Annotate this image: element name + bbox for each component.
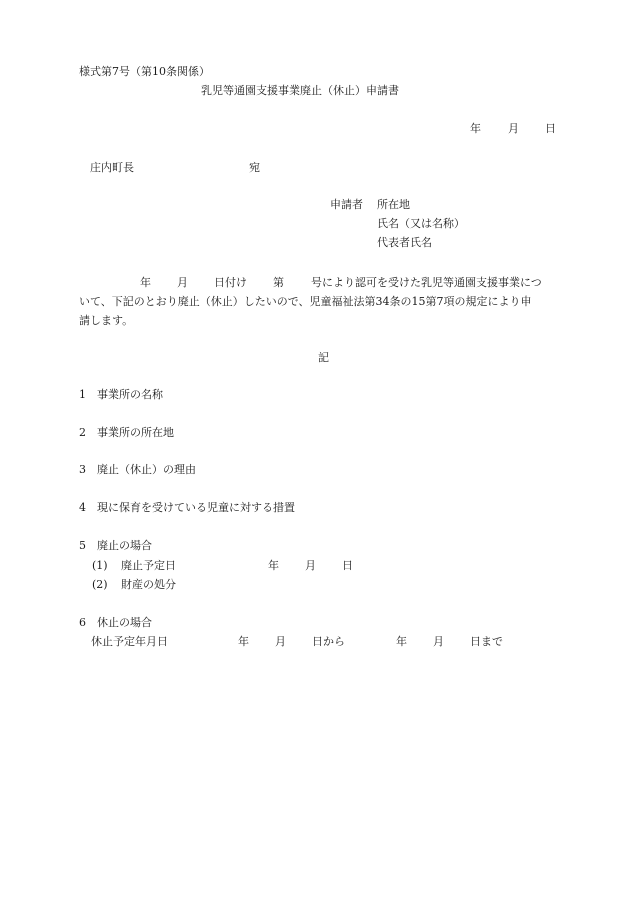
item-label: 廃止の場合 xyxy=(97,539,152,553)
applicant-address-label: 所在地 xyxy=(377,198,410,212)
applicant-representative-label: 代表者氏名 xyxy=(377,236,432,250)
sub-item-month: 月 xyxy=(305,559,316,573)
para-year: 年 xyxy=(140,276,151,290)
date-month-label: 月 xyxy=(508,122,519,136)
sub-item-number: (1) xyxy=(92,559,108,573)
para-day-suffix: 日付け xyxy=(214,276,247,290)
item-label: 現に保育を受けている児童に対する措置 xyxy=(97,501,295,515)
addressee-name: 庄内町長 xyxy=(90,161,134,175)
to-month: 月 xyxy=(433,635,444,649)
sub-item-year: 年 xyxy=(268,559,279,573)
from-year: 年 xyxy=(238,635,249,649)
date-year-label: 年 xyxy=(470,122,481,136)
ki-heading: 記 xyxy=(318,351,329,365)
item-number: 2 xyxy=(79,426,86,440)
item-number: 5 xyxy=(79,539,86,553)
sub-item-label: 財産の処分 xyxy=(121,578,176,592)
item-label: 事業所の名称 xyxy=(97,388,163,402)
item-label: 事業所の所在地 xyxy=(97,426,174,440)
sub-item-label: 廃止予定日 xyxy=(121,559,176,573)
sub-item-day: 日 xyxy=(342,559,353,573)
to-day: 日まで xyxy=(470,635,503,649)
form-number: 様式第7号（第10条関係） xyxy=(79,65,210,79)
from-day: 日から xyxy=(312,635,345,649)
para-line3: 請します。 xyxy=(79,314,133,328)
suspension-period-label: 休止予定年月日 xyxy=(91,635,168,649)
item-label: 休止の場合 xyxy=(97,616,152,630)
para-month: 月 xyxy=(177,276,188,290)
item-label: 廃止（休止）の理由 xyxy=(97,463,196,477)
applicant-label: 申請者 xyxy=(330,198,363,212)
sub-item-number: (2) xyxy=(92,578,108,592)
document-title: 乳児等通園支援事業廃止（休止）申請書 xyxy=(201,84,399,98)
applicant-name-label: 氏名（又は名称） xyxy=(377,217,465,231)
para-dai: 第 xyxy=(273,276,284,290)
from-month: 月 xyxy=(275,635,286,649)
item-number: 6 xyxy=(79,616,86,630)
para-line2: いて、下記のとおり廃止（休止）したいので、児童福祉法第34条の15第7項の規定に… xyxy=(79,295,532,309)
item-number: 3 xyxy=(79,463,86,477)
to-year: 年 xyxy=(396,635,407,649)
item-number: 4 xyxy=(79,501,86,515)
addressee-suffix: 宛 xyxy=(249,161,260,175)
para-line1-rest: 号により認可を受けた乳児等通園支援事業につ xyxy=(311,276,542,290)
date-day-label: 日 xyxy=(545,122,556,136)
item-number: 1 xyxy=(79,388,86,402)
